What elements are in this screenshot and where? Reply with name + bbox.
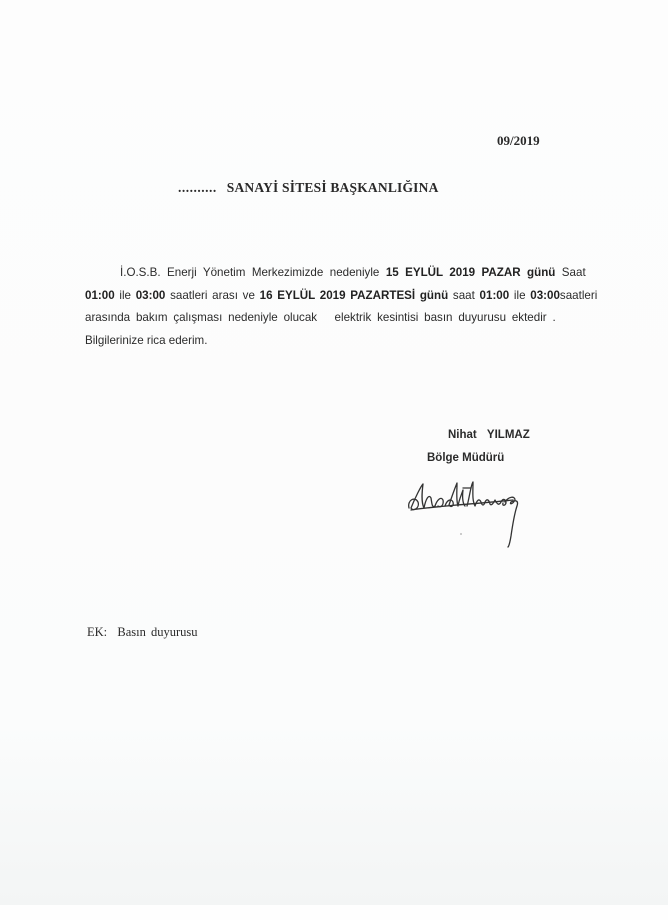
body-line-1: İ.O.S.B. Enerji Yönetim Merkezimizde ned… (85, 262, 605, 285)
time-highlight: 03:00 (136, 289, 166, 302)
body-text: Saat (555, 266, 585, 279)
time-highlight: 01:00 (480, 289, 510, 302)
signatory-title: Bölge Müdürü (427, 452, 504, 464)
time-highlight: 01:00 (85, 289, 115, 302)
document-date: 09/2019 (497, 133, 540, 149)
signature-icon (405, 478, 535, 548)
scanned-letter-page: 09/2019 ..........SANAYİ SİTESİ BAŞKANLI… (0, 0, 668, 905)
addressee-heading: ..........SANAYİ SİTESİ BAŞKANLIĞINA (178, 180, 439, 196)
letter-body: İ.O.S.B. Enerji Yönetim Merkezimizde ned… (85, 262, 605, 352)
time-highlight: 03:00 (530, 289, 560, 302)
body-line-3: arasında bakım çalışması nedeniyle oluca… (85, 307, 605, 330)
body-text: ile (509, 289, 530, 302)
addressee-placeholder-dots: .......... (178, 180, 217, 195)
body-line-4: Bilgilerinize rica ederim. (85, 330, 605, 353)
body-text: ile (115, 289, 136, 302)
attachment-note: EK: Basın duyurusu (87, 625, 198, 640)
date-highlight: 16 EYLÜL 2019 PAZARTESİ günü (260, 289, 449, 302)
body-text: saatleri arası ve (165, 289, 259, 302)
body-text: saatleri (560, 289, 597, 302)
date-highlight: 15 EYLÜL 2019 PAZAR günü (386, 266, 556, 279)
scan-bottom-edge (0, 905, 668, 920)
addressee-name: SANAYİ SİTESİ BAŞKANLIĞINA (227, 180, 439, 195)
signatory-name: Nihat YILMAZ (448, 429, 530, 441)
body-text: saat (448, 289, 479, 302)
body-text: İ.O.S.B. Enerji Yönetim Merkezimizde ned… (120, 266, 386, 279)
body-line-2: 01:00 ile 03:00 saatleri arası ve 16 EYL… (85, 285, 605, 308)
